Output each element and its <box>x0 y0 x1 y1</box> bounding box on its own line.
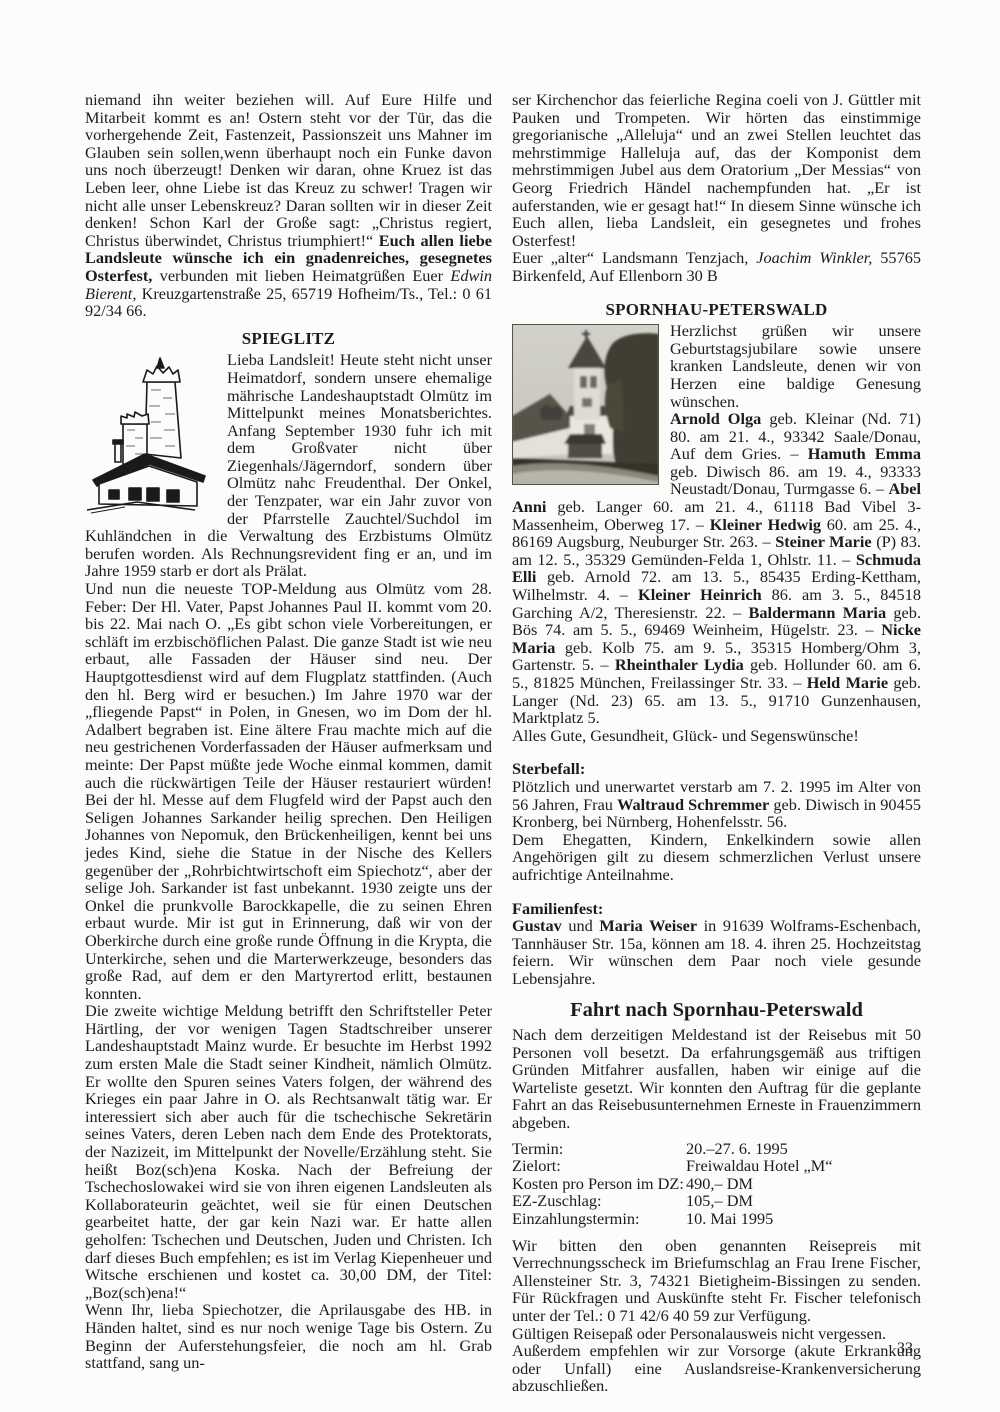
church-photo <box>512 324 659 485</box>
text-run: Dem Ehegatten, Kindern, Enkelkindern sow… <box>512 830 921 884</box>
text-run: Arnold Olga <box>670 409 761 428</box>
left-column: niemand ihn weiter beziehen will. Auf Eu… <box>85 91 492 1372</box>
table-row: Zielort: Freiwaldau Hotel „M“ <box>512 1157 921 1175</box>
text-run: Nach dem derzeitigen Meldestand ist der … <box>512 1025 921 1132</box>
table-row: EZ-Zuschlag: 105,– DM <box>512 1192 921 1210</box>
table-row: Einzahlungstermin: 10. Mai 1995 <box>512 1210 921 1228</box>
text-run: Gustav <box>512 916 562 935</box>
tower-illustration <box>85 354 218 514</box>
paragraph-winkler-signature: Euer „alter“ Landsmann Tenzjach, Joachim… <box>512 249 921 284</box>
trip-label: Einzahlungstermin: <box>512 1210 686 1228</box>
paragraph-payment: Wir bitten den oben genannten Reisepreis… <box>512 1237 921 1325</box>
text-run: Herzlichst grüßen wir unsere Geburtstags… <box>670 321 921 410</box>
trip-value: 20.–27. 6. 1995 <box>686 1140 921 1158</box>
trip-label: Zielort: <box>512 1157 686 1175</box>
paragraph-passport: Gültigen Reisepaß oder Personalausweis n… <box>512 1325 921 1343</box>
table-row: Termin: 20.–27. 6. 1995 <box>512 1140 921 1158</box>
text-run: Steiner Marie <box>775 532 871 551</box>
text-run: Außerdem empfehlen wir zur Vorsorge (aku… <box>512 1341 921 1395</box>
paragraph-condolence: Dem Ehegatten, Kindern, Enkelkindern sow… <box>512 831 921 884</box>
text-run: Euer „alter“ Landsmann Tenzjach, <box>512 248 756 267</box>
text-run: Baldermann Maria <box>749 603 887 622</box>
text-run: geb. Diwisch 86. am 19. 4., 93333 Neusta… <box>670 462 921 499</box>
right-column: ser Kirchenchor das feierliche Regina co… <box>512 91 921 1395</box>
paragraph-bus-status: Nach dem derzeitigen Meldestand ist der … <box>512 1026 921 1132</box>
text-run: Kreuzgartenstraße 25, 65719 Hofheim/Ts.,… <box>85 284 492 321</box>
paragraph-choir: ser Kirchenchor das feierliche Regina co… <box>512 91 921 249</box>
text-run: Waltraud Schremmer <box>617 795 769 814</box>
section-heading-familienfest: Familienfest: <box>512 900 921 918</box>
text-run: Wir bitten den oben genannten Reisepreis… <box>512 1236 921 1325</box>
trip-label: Kosten pro Person im DZ: <box>512 1175 686 1193</box>
text-run: Maria Weiser <box>599 916 697 935</box>
section-heading-sterbefall: Sterbefall: <box>512 760 921 778</box>
text-run: Kleiner Heinrich <box>638 585 762 604</box>
page-number: 33 <box>897 1340 913 1358</box>
paragraph-easter-appeal: niemand ihn weiter beziehen will. Auf Eu… <box>85 91 492 320</box>
text-run: Die zweite wichtige Meldung betrifft den… <box>85 1001 492 1302</box>
text-run: und <box>562 916 600 935</box>
text-run: verbunden mit lieben Heimatgrüßen Euer <box>152 266 450 285</box>
paragraph-wishes: Alles Gute, Gesundheit, Glück- und Segen… <box>512 727 921 745</box>
paragraph-obituary: Plötzlich und unerwartet verstarb am 7. … <box>512 778 921 831</box>
text-run: Gültigen Reisepaß oder Personalausweis n… <box>512 1324 886 1343</box>
trip-value: 490,– DM <box>686 1175 921 1193</box>
table-row: Kosten pro Person im DZ: 490,– DM <box>512 1175 921 1193</box>
text-run: Kleiner Hedwig <box>710 515 821 534</box>
text-run: Wenn Ihr, lieba Spiechotzer, die Aprilau… <box>85 1300 492 1372</box>
section-heading-spornhau-peterswald: SPORNHAU-PETERSWALD <box>512 301 921 319</box>
text-run: Hamuth Emma <box>808 444 921 463</box>
text-run: Held Marie <box>807 673 888 692</box>
trip-value: 105,– DM <box>686 1192 921 1210</box>
text-run: Joachim Winkler, <box>756 248 872 267</box>
text-run: Alles Gute, Gesundheit, Glück- und Segen… <box>512 726 859 745</box>
trip-value: Freiwaldau Hotel „M“ <box>686 1157 921 1175</box>
paragraph-pope-visit: Und nun die neueste TOP-Meldung aus Olmü… <box>85 580 492 1002</box>
trip-label: Termin: <box>512 1140 686 1158</box>
paragraph-haertling: Die zweite wichtige Meldung betrifft den… <box>85 1002 492 1301</box>
section-heading-fahrt: Fahrt nach Spornhau-Peterswald <box>512 1002 921 1020</box>
paragraph-insurance: Außerdem empfehlen wir zur Vorsorge (aku… <box>512 1342 921 1395</box>
text-run: Und nun die neueste TOP-Meldung aus Olmü… <box>85 579 492 1003</box>
trip-value: 10. Mai 1995 <box>686 1210 921 1228</box>
section-heading-spieglitz: SPIEGLITZ <box>85 330 492 348</box>
paragraph-anniversary: Gustav und Maria Weiser in 91639 Wolfram… <box>512 917 921 987</box>
trip-details-table: Termin: 20.–27. 6. 1995 Zielort: Freiwal… <box>512 1140 921 1228</box>
paragraph-easter-closing: Wenn Ihr, lieba Spiechotzer, die Aprilau… <box>85 1301 492 1371</box>
text-run: ser Kirchenchor das feierliche Regina co… <box>512 90 921 250</box>
trip-label: EZ-Zuschlag: <box>512 1192 686 1210</box>
document-page: niemand ihn weiter beziehen will. Auf Eu… <box>0 0 1000 1412</box>
text-run: Rheinthaler Lydia <box>615 655 744 674</box>
text-run: niemand ihn weiter beziehen will. Auf Eu… <box>85 90 492 250</box>
